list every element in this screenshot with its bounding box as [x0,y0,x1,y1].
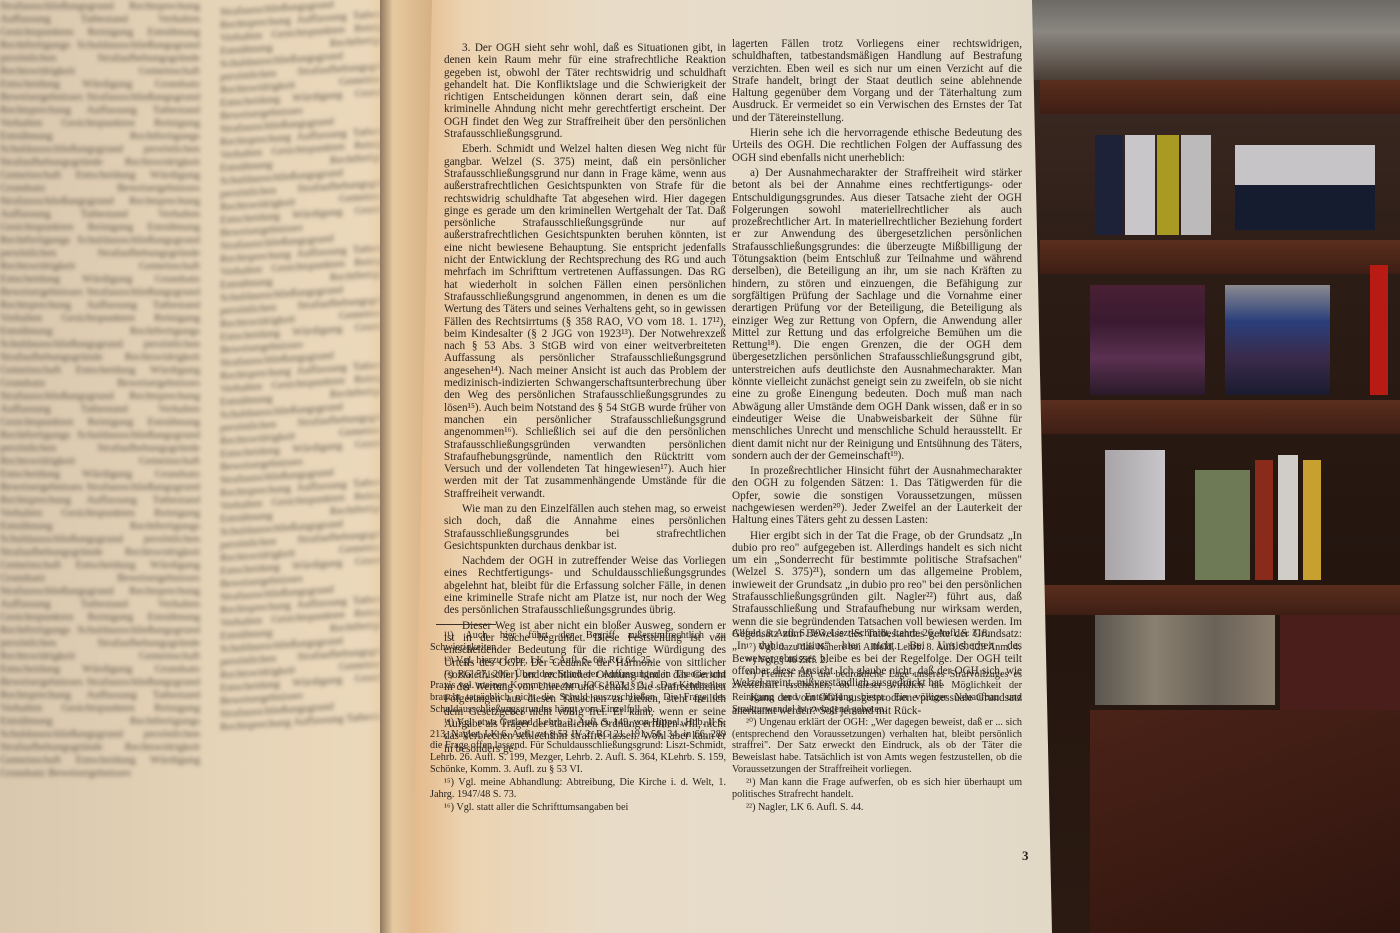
footnotes-left: ¹¹) Auch hier führt der Begriff außerstr… [430,630,726,814]
book-spine [1303,460,1321,580]
footnote: ²⁰) Ungenau erklärt der OGH: „Wer dagege… [732,717,1022,775]
footnote-divider [436,624,496,625]
right-page: 3. Der OGH sieht sehr wohl, daß es Situa… [412,0,1052,933]
book-row [1095,615,1275,705]
book-stack [1090,285,1205,395]
footnote: ¹¹) Auch hier führt der Begriff außerstr… [430,630,726,653]
shelf-plank [1040,80,1400,114]
book-spine [1157,135,1179,235]
shelf-plank [1040,400,1400,434]
paragraph: Wie man zu den Einzelfällen auch stehen … [444,503,726,552]
book-spine [1181,135,1211,235]
shelf-plank [1040,240,1400,274]
paragraph: Nachdem der OGH in zutreffender Weise da… [444,555,726,616]
left-page-column-1: Strafausschließungsgrund Rechtsprechung … [0,0,200,760]
footnote: Allfeld, 8. Aufl. S. 303, Liszt-Schmidt,… [732,628,1022,640]
paragraph: Hierin sehe ich die hervorragende ethisc… [732,127,1022,164]
ceiling-background [1030,0,1400,80]
book-spine [1255,460,1273,580]
book-stack [1225,285,1330,395]
footnotes-right: Allfeld, 8. Aufl. S. 303, Liszt-Schmidt,… [732,628,1022,814]
paragraph: In prozeßrechtlicher Hinsicht führt der … [732,465,1022,526]
left-page-blurred: Strafausschließungsgrund Rechtsprechung … [0,0,380,933]
book-spine [1095,135,1123,235]
footnote: ¹⁷) Vgl. dazu das Nähere bei Allfeld, Le… [732,642,1022,654]
book-spine [1370,265,1388,395]
paragraph: Eberh. Schmidt und Welzel halten diesen … [444,143,726,500]
book-stack [1235,145,1375,185]
page-number: 3 [1022,848,1029,864]
paragraph: a) Der Ausnahmecharakter der Straffreihe… [732,167,1022,462]
book-spine [1125,135,1155,235]
footnote: ¹⁵) Vgl. meine Abhandlung: Abtreibung, D… [430,777,726,800]
left-page-column-2: Strafausschließungsgrund Rechtsprechung … [220,0,380,706]
footnote: ¹³) RG 57, 206. Über den Stand der Auffa… [430,669,726,715]
book-spine [1278,455,1298,580]
paragraph: lagerten Fällen trotz Vorliegens einer r… [732,38,1022,124]
footnote: ¹⁸) Vgl. § 46 Ziff. 2. [732,655,1022,667]
footnote: ¹⁹) Freilich läßt die bedrohliche Lage u… [732,669,1022,715]
footnote: ²²) Nagler, LK 6. Aufl. S. 44. [732,802,1022,814]
footnote: ¹⁴) Vgl. etwa Gerland, Lehrb. 2. Aufl. S… [430,717,726,775]
paragraph: 3. Der OGH sieht sehr wohl, daß es Situa… [444,42,726,140]
book-row [1280,615,1400,715]
shelf-plank [1040,585,1400,615]
footnote: ¹⁶) Vgl. statt aller die Schrifttumsanga… [430,802,726,814]
footnote: ¹²) Vgl. hierzu Lobe, LK. 5. Aufl. S. 60… [430,655,726,667]
wooden-desk [1090,710,1400,933]
text-column-right: lagerten Fällen trotz Vorliegens einer r… [732,38,1022,717]
footnote: ²¹) Man kann die Frage aufwerfen, ob es … [732,777,1022,800]
book-row [1105,450,1165,580]
book-stack [1235,185,1375,230]
book-row [1195,470,1250,580]
